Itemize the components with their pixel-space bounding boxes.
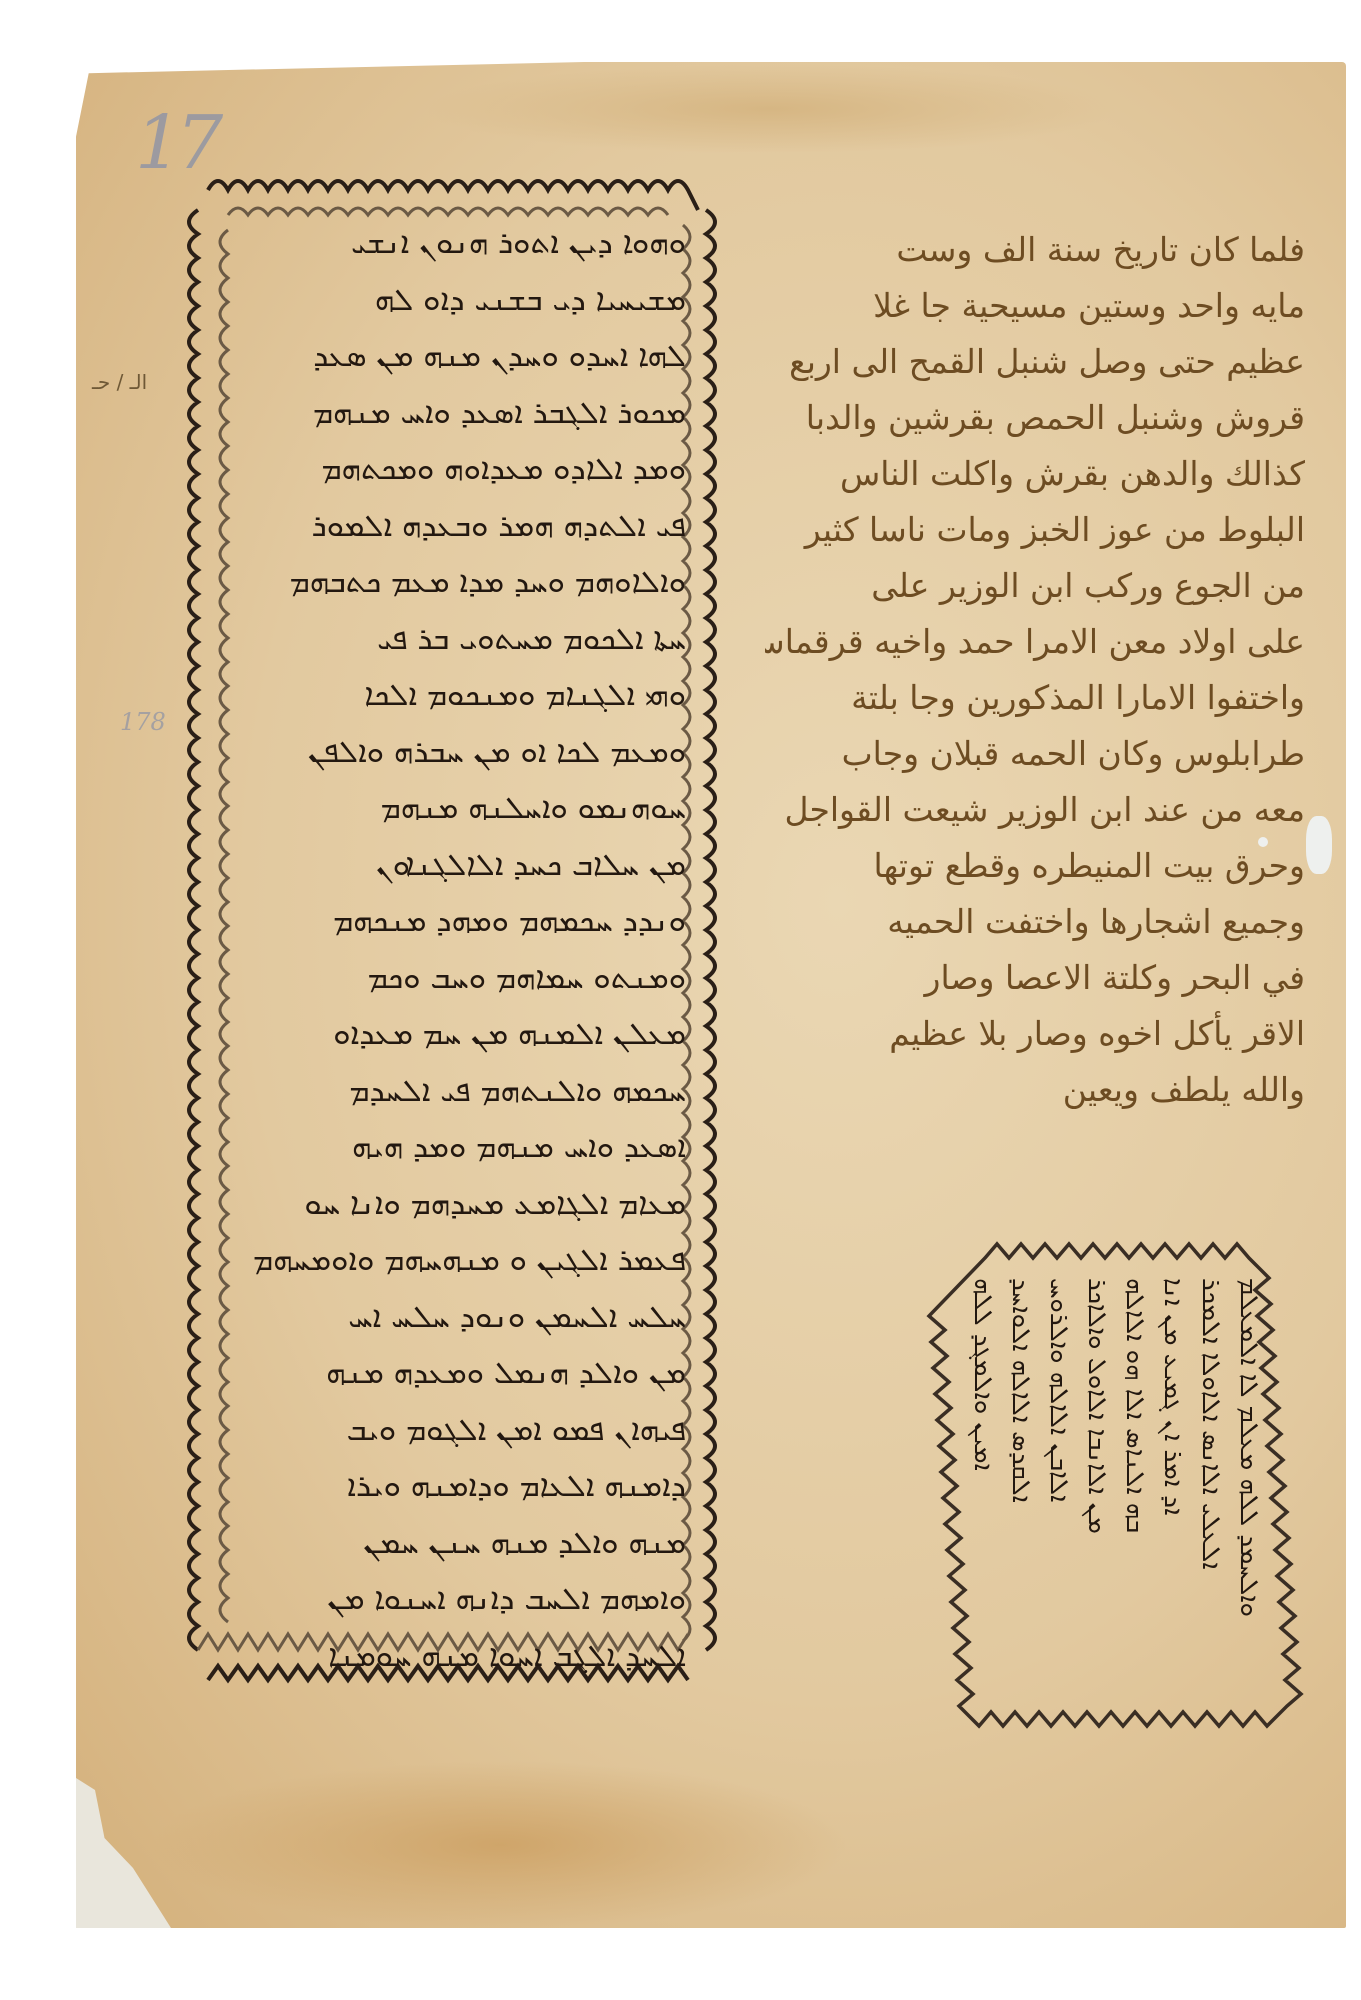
text-line: ܡܥܠܢ ܐܠܡܢܗ ܡܢ ܚܡ ܡܥܕܐܘ — [216, 1006, 686, 1063]
text-line: ܚܠܚ ܐܠܚܡܢ ܘܢܘܕ ܚܠܚ ܐܚ — [216, 1289, 686, 1346]
text-line: ܦܥܡܪ ܐܠܓܝܢ ܘ ܡܢܗܚܗܡ ܘܐܘܡܚܗܡ — [216, 1232, 686, 1289]
text-line: ܘܡܕ ܐܠܐܕܘ ܡܥܕܐܘܗ ܘܡܟܬܗܡ — [216, 441, 686, 498]
text-line: معه من عند ابن الوزير شيعت القواجل — [765, 782, 1305, 838]
pencil-margin-number: 178 — [120, 708, 166, 736]
paper-hole — [1306, 816, 1332, 874]
text-line: من الجوع وركب ابن الوزير على — [765, 558, 1305, 614]
vertical-text-line: ܐܠܩܕܣ ܐܠܐܠܗ ܐܠܘܐܚܕ — [1005, 1278, 1037, 1748]
left-text-block: ܘܗܘܐ ܕܝܢ ܐܬܘܪ ܗܢܘܢ ܐܢܫܝ ܡܫܝܚܝܐ ܕܝ ܒܫܢܝ ܕ… — [168, 170, 733, 1725]
text-line: مايه واحد وستين مسيحية جا غلا — [765, 278, 1305, 334]
text-line: ܐܣܥܕ ܘܐܚ ܡܢܗܡ ܘܡܕ ܗܝܗ — [216, 1119, 686, 1176]
text-line: البلوط من عوز الخبز ومات ناسا كثير — [765, 502, 1305, 558]
vertical-text-line: ܐܕ ܐܡܪ ܐܢ ܓܡܝܥ ܡܢ ܐܢܐ — [1157, 1278, 1189, 1748]
text-line: ܡܟܘܪ ܐܠܓܒܪ ܐܣܥܕ ܘܐܚ ܡܢܗܡ — [216, 385, 686, 442]
water-stain-bottom — [150, 1760, 850, 1930]
text-line: ܡܢܗ ܘܐܠܕ ܡܢܗ ܚܢܢ ܚܡܢ — [216, 1515, 686, 1572]
text-line: فلما كان تاريخ سنة الف وست — [765, 222, 1305, 278]
right-column-text: فلما كان تاريخ سنة الف وست مايه واحد وست… — [765, 222, 1305, 1118]
text-line: ܘܗܝ ܐܠܓܢܐܡ ܘܡܢܟܘܡ ܐܠܟܐ — [216, 667, 686, 724]
vertical-text-line: ܐܡܝܢ ܘܐܠܡܓܕ ܠܠܗ — [967, 1278, 999, 1748]
oval-vertical-text: ܘܐܠܚܡܕ ܠܠܗ ܡܥܠܡ ܠܐ ܐܠܡܥܠܡ ܐܠܥܠܝ ܐܠܐܢܣ ܐܠ… — [925, 1278, 1265, 1748]
vertical-text-line: ܐܠܥܠܝ ܐܠܐܢܣ ܐܠܐܘܠܐ ܐܠܡܟܪ — [1195, 1278, 1227, 1748]
margin-note: الـ / حـ — [92, 370, 147, 394]
text-line: واختفوا الامارا المذكورين وجا بلتة — [765, 670, 1305, 726]
text-line: ܚܟܡܗ ܘܐܠܢܬܗܡ ܦܝ ܐܠܚܕܡ — [216, 1063, 686, 1120]
text-line: ܘܐܡܗܡ ܐܠܚܒ ܕܐܢܗ ܐܚܢܘܐ ܡܢ — [216, 1571, 686, 1628]
oval-text-box: ܘܐܠܚܡܕ ܠܠܗ ܡܥܠܡ ܠܐ ܐܠܡܥܠܡ ܐܠܥܠܝ ܐܠܐܢܣ ܐܠ… — [865, 1218, 1320, 1788]
text-line: ܕܐܡܢܗ ܐܠܥܐܡ ܘܕܐܡܢܗ ܘܝܪܐ — [216, 1458, 686, 1515]
vertical-text-line: ܡܢ ܐܠܐܢܒܐ ܐܠܐܘܠ ܘܐܠܐܟܪ — [1081, 1278, 1113, 1748]
text-line: ܦܝܗܐܢ ܦܡܘ ܐܡܢ ܐܠܓܘܡ ܘܝܒ — [216, 1402, 686, 1459]
text-line: ܡܥܐܡ ܐܠܓܐܡܥ ܡܚܕܗܡ ܘܐܢܐ ܚܘ — [216, 1176, 686, 1233]
text-line: ܘܡܥܡ ܠܟܐ ܐܘ ܡܢ ܚܒܪܗ ܘܐܠܦܢ — [216, 724, 686, 781]
text-line: والله يلطف ويعين — [765, 1062, 1305, 1118]
vertical-text-line: ܐܠܐܒܢ ܐܠܐܠܗ ܘܐܠܪܘܚ — [1043, 1278, 1075, 1748]
text-line: على اولاد معن الامرا حمد واخيه قرقماس — [765, 614, 1305, 670]
text-line: ܘܐܠܐܘܗܡ ܘܚܕ ܡܕܐ ܡܥܡ ܟܬܒܗܡ — [216, 554, 686, 611]
left-column-text: ܘܗܘܐ ܕܝܢ ܐܬܘܪ ܗܢܘܢ ܐܢܫܝ ܡܫܝܚܝܐ ܕܝ ܒܫܢܝ ܕ… — [216, 215, 686, 1684]
water-stain-top — [420, 64, 1120, 154]
text-line: كذالك والدهن بقرش واكلت الناس — [765, 446, 1305, 502]
text-line: الاقر يأكل اخوه وصار بلا عظيم — [765, 1006, 1305, 1062]
text-line: وجميع اشجارها واختفت الحميه — [765, 894, 1305, 950]
text-line: ܘܡܢܬܘ ܚܡܐܗܡ ܘܚܒ ܘܟܡ — [216, 950, 686, 1007]
text-line: ܚܬܐ ܐܠܟܘܡ ܡܚܬܘܝ ܒܪ ܦܝ — [216, 611, 686, 668]
text-line: ܘܢܕܕ ܚܟܡܗܡ ܘܡܗܕ ܡܢܟܗܡ — [216, 893, 686, 950]
text-line: ܚܘܗܢܡܘ ܘܐܚܠܢܗ ܡܢܗܡ — [216, 780, 686, 837]
text-line: ܘܗܘܐ ܕܝܢ ܐܬܘܪ ܗܢܘܢ ܐܢܫܝ — [216, 215, 686, 272]
vertical-text-line: ܒܗ ܐܠܢܐܣ ܐܠܐ ܗܘ ܐܠܐܠܗ — [1119, 1278, 1151, 1748]
text-line: قروش وشنبل الحمص بقرشين والدبا — [765, 390, 1305, 446]
text-line: عظيم حتى وصل شنبل القمح الى اربع — [765, 334, 1305, 390]
text-line: في البحر وكلتة الاعصا وصار — [765, 950, 1305, 1006]
text-line: ܡܢ ܚܠܐܒ ܟܚܕ ܐܠܐܠܓܢܐܘܢ — [216, 837, 686, 894]
text-line: ܦܝ ܐܠܬܕܗ ܗܡܪ ܘܒܥܕܗ ܐܠܡܘܪ — [216, 498, 686, 555]
text-line: طرابلوس وكان الحمه قبلان وجاب — [765, 726, 1305, 782]
text-line: وحرق بيت المنيطره وقطع توتها — [765, 838, 1305, 894]
text-line: ܐܠܚܕ ܐܠܓܒ ܐܚܘܐ ܡܢܗ ܚܘܡܢܐ — [216, 1628, 686, 1685]
text-line: ܡܫܝܚܝܐ ܕܝ ܒܫܢܝ ܕܐܘ ܠܗ — [216, 272, 686, 329]
vertical-text-line: ܘܐܠܚܡܕ ܠܠܗ ܡܥܠܡ ܠܐ ܐܠܡܥܠܡ — [1233, 1278, 1265, 1748]
text-line: ܡܢ ܘܐܠܕ ܗܢܡܠ ܘܡܥܕܗ ܡܢܗ — [216, 1345, 686, 1402]
text-line: ܠܗܐ ܐܚܕܘ ܘܚܕܢ ܡܢܗ ܡܢ ܣܥܕ — [216, 328, 686, 385]
